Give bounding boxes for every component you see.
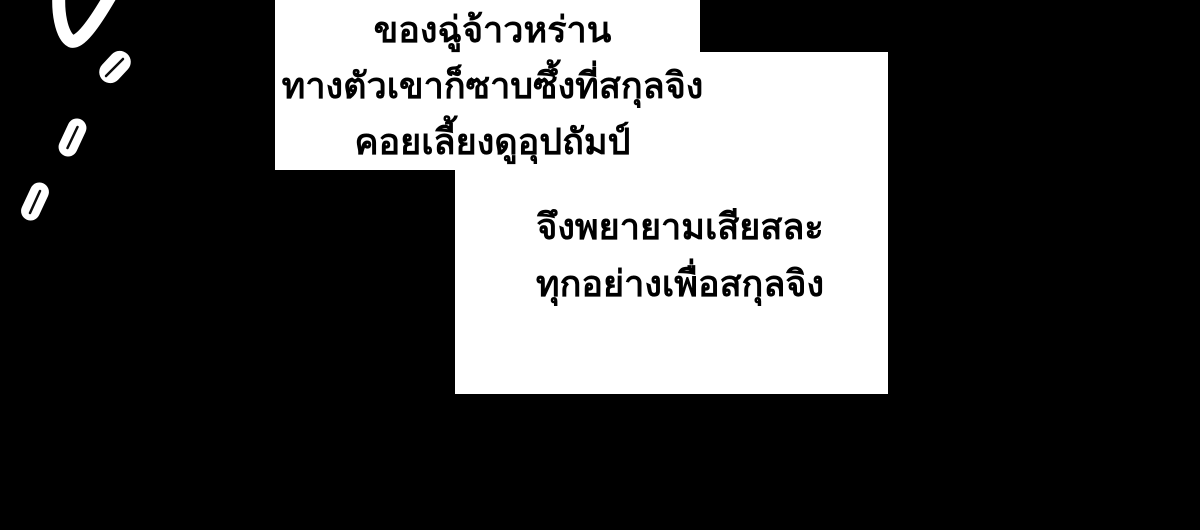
narration-text-bottom: จึงพยายามเสียสละ ทุกอย่างเพื่อสกุลจิง (455, 198, 905, 312)
narration-line: จึงพยายามเสียสละ (455, 198, 905, 255)
narration-line: ทางตัวเขาก็ซาบซึ้งที่สกุลจิง (275, 58, 710, 114)
narration-line: คอยเลี้ยงดูอุปถัมป์ (275, 114, 710, 170)
petal-outline-icon (59, 0, 116, 41)
narration-line: ของฉู่จ้าวหร่าน (275, 2, 710, 58)
comic-panel: ของฉู่จ้าวหร่าน ทางตัวเขาก็ซาบซึ้งที่สกุ… (0, 0, 1200, 530)
falling-petals-graphic (0, 0, 180, 260)
petal-icon (95, 46, 136, 87)
narration-line: ทุกอย่างเพื่อสกุลจิง (455, 255, 905, 312)
narration-text-top: ของฉู่จ้าวหร่าน ทางตัวเขาก็ซาบซึ้งที่สกุ… (275, 2, 710, 170)
petal-icon (18, 179, 52, 223)
petal-icon (55, 115, 89, 159)
